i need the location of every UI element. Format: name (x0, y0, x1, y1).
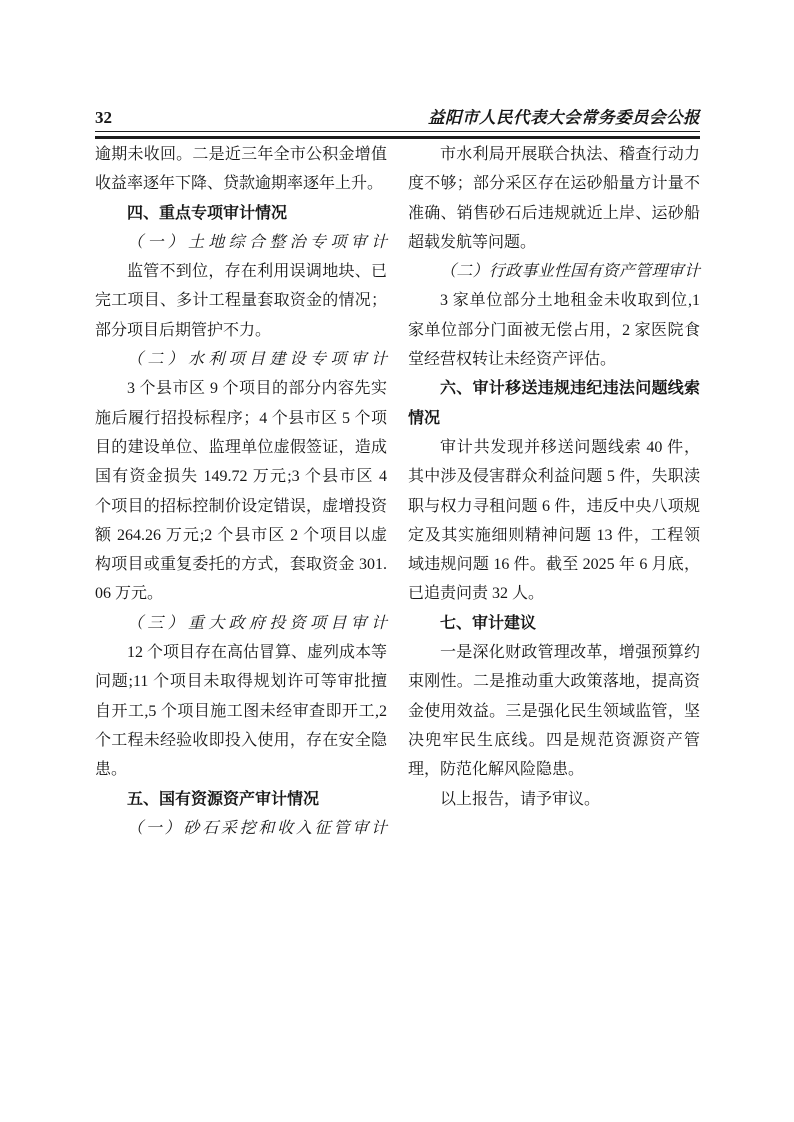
body-paragraph: 12 个项目存在高估冒算、虚列成本等问题;11 个项目未取得规划许可等审批擅自开… (95, 638, 387, 784)
page-number: 32 (95, 108, 112, 128)
subsection-heading: （一）砂石采挖和收入征管审计 (95, 814, 387, 843)
journal-title: 益阳市人民代表大会常务委员会公报 (428, 108, 700, 128)
content-columns: 逾期未收回。二是近三年全市公积金增值收益率逐年下降、贷款逾期率逐年上升。四、重点… (95, 140, 700, 843)
subsection-heading: （二）行政事业性国有资产管理审计 (408, 257, 700, 286)
body-paragraph: 市水利局开展联合执法、稽查行动力度不够；部分采区存在运砂船量方计量不准确、销售砂… (408, 140, 700, 257)
section-heading: 四、重点专项审计情况 (95, 199, 387, 228)
body-paragraph: 3 个县市区 9 个项目的部分内容先实施后履行招投标程序；4 个县市区 5 个项… (95, 374, 387, 608)
header-rule (95, 131, 700, 139)
body-paragraph: 监管不到位，存在利用误调地块、已完工项目、多计工程量套取资金的情况；部分项目后期… (95, 257, 387, 345)
body-paragraph: 以上报告，请予审议。 (408, 785, 700, 814)
body-paragraph: 3 家单位部分土地租金未收取到位,1 家单位部分门面被无偿占用，2 家医院食堂经… (408, 286, 700, 374)
subsection-heading: （三）重大政府投资项目审计 (95, 609, 387, 638)
column-left: 逾期未收回。二是近三年全市公积金增值收益率逐年下降、贷款逾期率逐年上升。四、重点… (95, 140, 387, 843)
section-heading: 六、审计移送违规违纪违法问题线索情况 (408, 374, 700, 433)
document-page: 32 益阳市人民代表大会常务委员会公报 逾期未收回。二是近三年全市公积金增值收益… (0, 0, 794, 1122)
section-heading: 七、审计建议 (408, 609, 700, 638)
subsection-heading: （二）水利项目建设专项审计 (95, 345, 387, 374)
body-paragraph: 一是深化财政管理改革，增强预算约束刚性。二是推动重大政策落地，提高资金使用效益。… (408, 638, 700, 784)
subsection-heading: （一）土地综合整治专项审计 (95, 228, 387, 257)
column-right: 市水利局开展联合执法、稽查行动力度不够；部分采区存在运砂船量方计量不准确、销售砂… (408, 140, 700, 843)
section-heading: 五、国有资源资产审计情况 (95, 785, 387, 814)
body-paragraph: 审计共发现并移送问题线索 40 件，其中涉及侵害群众利益问题 5 件，失职渎职与… (408, 433, 700, 609)
body-paragraph-continued: 逾期未收回。二是近三年全市公积金增值收益率逐年下降、贷款逾期率逐年上升。 (95, 140, 387, 199)
page-header: 32 益阳市人民代表大会常务委员会公报 (95, 108, 700, 128)
